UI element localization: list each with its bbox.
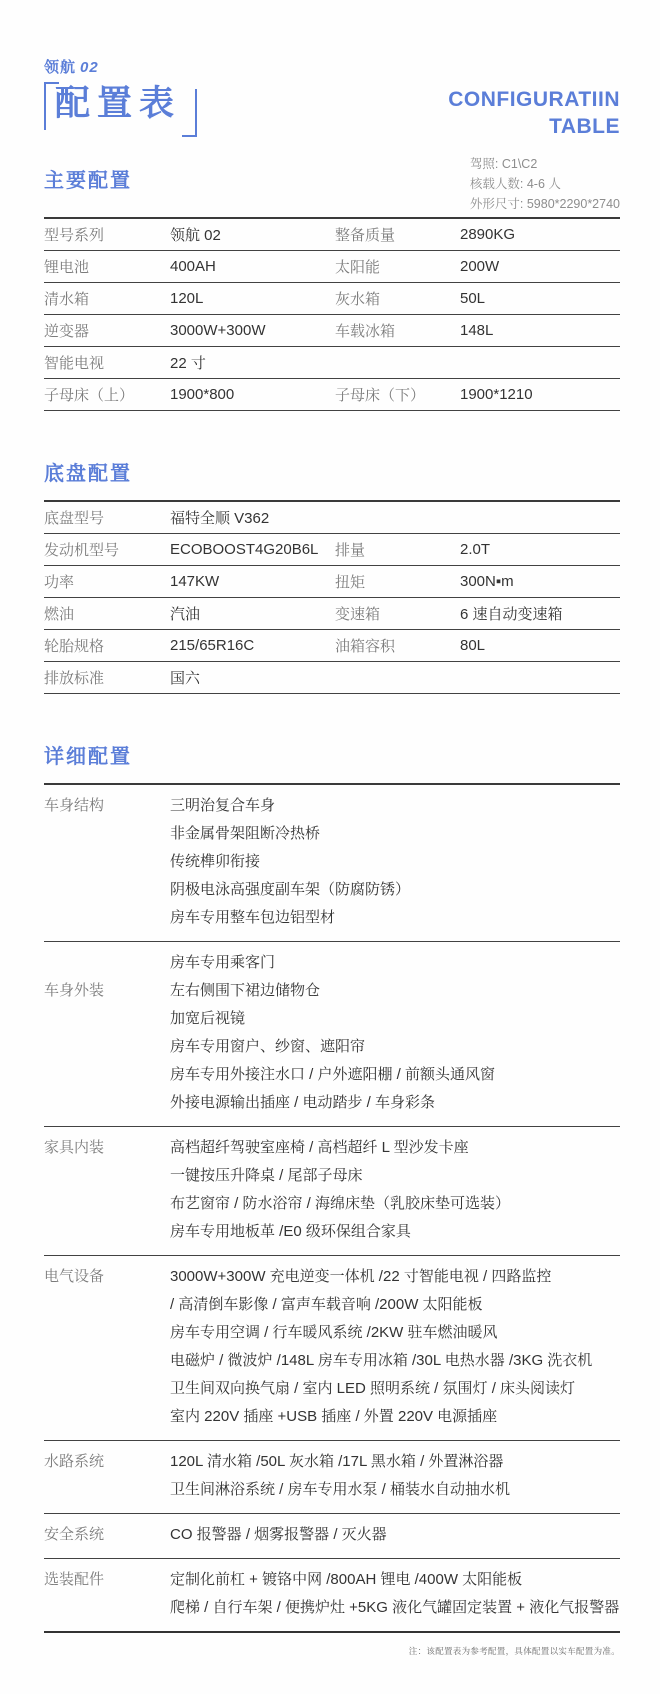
detail-group: 车身外装房车专用乘客门左右侧围下裙边储物仓加宽后视镜房车专用窗户、纱窗、遮阳帘房… <box>44 942 620 1127</box>
detail-group-label: 车身结构 <box>44 792 170 932</box>
detail-group-lines: 三明治复合车身非金属骨架阻断冷热桥传统榫卯衔接阴极电泳高强度副车架（防腐防锈）房… <box>170 792 620 932</box>
table-row: 智能电视22 寸 <box>44 347 620 379</box>
spec-label: 轮胎规格 <box>44 635 170 656</box>
spec-value: 1900*800 <box>170 386 335 403</box>
spec-label: 底盘型号 <box>44 507 170 528</box>
series-number-text: 02 <box>80 59 99 76</box>
detail-line: 室内 220V 插座 +USB 插座 / 外置 220V 电源插座 <box>170 1403 620 1431</box>
detail-line: 120L 清水箱 /50L 灰水箱 /17L 黑水箱 / 外置淋浴器 <box>170 1448 620 1476</box>
detail-group: 选装配件定制化前杠 + 镀铬中网 /800AH 锂电 /400W 太阳能板爬梯 … <box>44 1559 620 1633</box>
section-heading-detail-config: 详细配置 <box>44 740 620 769</box>
detail-line: 房车专用空调 / 行车暖风系统 /2KW 驻车燃油暖风 <box>170 1319 620 1347</box>
spec-label: 排量 <box>335 539 460 560</box>
spec-value: 215/65R16C <box>170 637 335 654</box>
detail-line: 卫生间淋浴系统 / 房车专用水泵 / 桶装水自动抽水机 <box>170 1476 620 1504</box>
vehicle-info-block: 驾照: C1\C2 核载人数: 4-6 人 外形尺寸: 5980*2290*27… <box>470 154 620 214</box>
title-block: 领航02 配置表 <box>44 56 197 131</box>
detail-line: 加宽后视镜 <box>170 1005 620 1033</box>
detail-line: 电磁炉 / 微波炉 /148L 房车专用冰箱 /30L 电热水器 /3KG 洗衣… <box>170 1347 620 1375</box>
detail-config-table: 车身结构三明治复合车身非金属骨架阻断冷热桥传统榫卯衔接阴极电泳高强度副车架（防腐… <box>44 783 620 1633</box>
spec-value: 200W <box>460 258 620 275</box>
spec-label: 锂电池 <box>44 256 170 277</box>
footnote: 注：该配置表为参考配置，具体配置以实车配置为准。 <box>44 1645 620 1657</box>
detail-group: 水路系统120L 清水箱 /50L 灰水箱 /17L 黑水箱 / 外置淋浴器卫生… <box>44 1441 620 1514</box>
detail-group-lines: 120L 清水箱 /50L 灰水箱 /17L 黑水箱 / 外置淋浴器卫生间淋浴系… <box>170 1448 620 1504</box>
spec-label: 车载冰箱 <box>335 320 460 341</box>
spec-value: 6 速自动变速箱 <box>460 603 620 624</box>
detail-group-label: 水路系统 <box>44 1448 170 1504</box>
subtitle-line1: CONFIGURATIIN <box>448 86 620 113</box>
detail-group: 车身结构三明治复合车身非金属骨架阻断冷热桥传统榫卯衔接阴极电泳高强度副车架（防腐… <box>44 785 620 942</box>
page-subtitle: CONFIGURATIIN TABLE <box>448 86 620 140</box>
detail-group-label: 车身外装 <box>44 949 170 1117</box>
spec-value: 3000W+300W <box>170 322 335 339</box>
spec-value: 2.0T <box>460 541 620 558</box>
detail-group-lines: 定制化前杠 + 镀铬中网 /800AH 锂电 /400W 太阳能板爬梯 / 自行… <box>170 1566 620 1622</box>
section-heading-chassis-config: 底盘配置 <box>44 457 620 486</box>
spec-value: ECOBOOST4G20B6L <box>170 541 335 558</box>
spec-label: 油箱容积 <box>335 635 460 656</box>
spec-label: 子母床（下） <box>335 384 460 405</box>
detail-line: 外接电源输出插座 / 电动踏步 / 车身彩条 <box>170 1089 620 1117</box>
spec-label: 扭矩 <box>335 571 460 592</box>
main-config-table: 型号系列领航 02整备质量2890KG锂电池400AH太阳能200W清水箱120… <box>44 217 620 411</box>
spec-value: 领航 02 <box>170 224 335 245</box>
spec-value: 400AH <box>170 258 335 275</box>
detail-line: 房车专用整车包边铝型材 <box>170 904 620 932</box>
detail-group-label: 选装配件 <box>44 1566 170 1622</box>
spec-value: 148L <box>460 322 620 339</box>
spec-label: 灰水箱 <box>335 288 460 309</box>
detail-line: 定制化前杠 + 镀铬中网 /800AH 锂电 /400W 太阳能板 <box>170 1566 620 1594</box>
spec-label: 排放标准 <box>44 667 170 688</box>
detail-group-lines: 3000W+300W 充电逆变一体机 /22 寸智能电视 / 四路监控/ 高清倒… <box>170 1263 620 1431</box>
series-name-text: 领航 <box>44 59 76 76</box>
spec-label: 清水箱 <box>44 288 170 309</box>
table-row: 清水箱120L灰水箱50L <box>44 283 620 315</box>
spec-label: 型号系列 <box>44 224 170 245</box>
detail-line: 阴极电泳高强度副车架（防腐防锈） <box>170 876 620 904</box>
spec-value: 50L <box>460 290 620 307</box>
info-dimensions: 外形尺寸: 5980*2290*2740 <box>470 194 620 214</box>
detail-group: 电气设备3000W+300W 充电逆变一体机 /22 寸智能电视 / 四路监控/… <box>44 1256 620 1441</box>
spec-label: 智能电视 <box>44 352 170 373</box>
table-row: 子母床（上）1900*800子母床（下）1900*1210 <box>44 379 620 411</box>
detail-group: 家具内装高档超纤驾驶室座椅 / 高档超纤 L 型沙发卡座一键按压升降桌 / 尾部… <box>44 1127 620 1256</box>
spec-value: 120L <box>170 290 335 307</box>
detail-line: 卫生间双向换气扇 / 室内 LED 照明系统 / 氛围灯 / 床头阅读灯 <box>170 1375 620 1403</box>
table-row: 轮胎规格215/65R16C油箱容积80L <box>44 630 620 662</box>
spec-value: 147KW <box>170 573 335 590</box>
table-row: 锂电池400AH太阳能200W <box>44 251 620 283</box>
spec-label: 发动机型号 <box>44 539 170 560</box>
detail-line: 房车专用外接注水口 / 户外遮阳棚 / 前额头通风窗 <box>170 1061 620 1089</box>
spec-value: 22 寸 <box>170 352 335 373</box>
detail-group-lines: 房车专用乘客门左右侧围下裙边储物仓加宽后视镜房车专用窗户、纱窗、遮阳帘房车专用外… <box>170 949 620 1117</box>
detail-line: 三明治复合车身 <box>170 792 620 820</box>
table-row: 发动机型号ECOBOOST4G20B6L排量2.0T <box>44 534 620 566</box>
corner-bracket-bottom-right <box>182 89 197 137</box>
detail-group-lines: CO 报警器 / 烟雾报警器 / 灭火器 <box>170 1521 620 1549</box>
table-row: 底盘型号福特全顺 V362 <box>44 502 620 534</box>
spec-label: 变速箱 <box>335 603 460 624</box>
detail-group: 安全系统CO 报警器 / 烟雾报警器 / 灭火器 <box>44 1514 620 1559</box>
detail-line: / 高清倒车影像 / 富声车载音响 /200W 太阳能板 <box>170 1291 620 1319</box>
detail-group-label: 家具内装 <box>44 1134 170 1246</box>
spec-value: 80L <box>460 637 620 654</box>
detail-line: 房车专用乘客门 <box>170 949 620 977</box>
spec-label: 整备质量 <box>335 224 460 245</box>
detail-group-label: 安全系统 <box>44 1521 170 1549</box>
table-row: 燃油汽油变速箱6 速自动变速箱 <box>44 598 620 630</box>
spec-label: 功率 <box>44 571 170 592</box>
masthead: 领航02 配置表 CONFIGURATIIN TABLE <box>44 0 620 140</box>
table-row: 排放标准国六 <box>44 662 620 694</box>
corner-bracket-top-left <box>44 82 59 130</box>
detail-group-label: 电气设备 <box>44 1263 170 1431</box>
detail-line: 非金属骨架阻断冷热桥 <box>170 820 620 848</box>
detail-line: 3000W+300W 充电逆变一体机 /22 寸智能电视 / 四路监控 <box>170 1263 620 1291</box>
series-name: 领航02 <box>44 56 197 77</box>
spec-sheet-page: 领航02 配置表 CONFIGURATIIN TABLE 主要配置 驾照: C1… <box>0 0 660 1694</box>
detail-line: 布艺窗帘 / 防水浴帘 / 海绵床垫（乳胶床垫可选装） <box>170 1190 620 1218</box>
detail-line: 高档超纤驾驶室座椅 / 高档超纤 L 型沙发卡座 <box>170 1134 620 1162</box>
table-row: 型号系列领航 02整备质量2890KG <box>44 219 620 251</box>
spec-value: 国六 <box>170 667 335 688</box>
table-row: 逆变器3000W+300W车载冰箱148L <box>44 315 620 347</box>
table-row: 功率147KW扭矩300N▪m <box>44 566 620 598</box>
spec-value: 300N▪m <box>460 573 620 590</box>
spec-label: 子母床（上） <box>44 384 170 405</box>
info-capacity: 核载人数: 4-6 人 <box>470 174 620 194</box>
spec-value: 2890KG <box>460 226 620 243</box>
page-title: 配置表 <box>55 84 181 123</box>
detail-group-lines: 高档超纤驾驶室座椅 / 高档超纤 L 型沙发卡座一键按压升降桌 / 尾部子母床布… <box>170 1134 620 1246</box>
detail-line: 房车专用地板革 /E0 级环保组合家具 <box>170 1218 620 1246</box>
page-title-wrap: 配置表 <box>44 80 197 131</box>
chassis-config-table: 底盘型号福特全顺 V362发动机型号ECOBOOST4G20B6L排量2.0T功… <box>44 500 620 694</box>
detail-line: 房车专用窗户、纱窗、遮阳帘 <box>170 1033 620 1061</box>
spec-value: 1900*1210 <box>460 386 620 403</box>
spec-label: 太阳能 <box>335 256 460 277</box>
detail-line: 一键按压升降桌 / 尾部子母床 <box>170 1162 620 1190</box>
section-heading-main-config: 主要配置 <box>44 164 132 193</box>
subtitle-line2: TABLE <box>448 113 620 140</box>
detail-line: 爬梯 / 自行车架 / 便携炉灶 +5KG 液化气罐固定装置 + 液化气报警器 <box>170 1594 620 1622</box>
detail-line: 左右侧围下裙边储物仓 <box>170 977 620 1005</box>
detail-line: CO 报警器 / 烟雾报警器 / 灭火器 <box>170 1521 620 1549</box>
detail-line: 传统榫卯衔接 <box>170 848 620 876</box>
spec-label: 逆变器 <box>44 320 170 341</box>
page-content: 领航02 配置表 CONFIGURATIIN TABLE 主要配置 驾照: C1… <box>0 0 660 1657</box>
spec-value: 汽油 <box>170 603 335 624</box>
spec-label: 燃油 <box>44 603 170 624</box>
info-license: 驾照: C1\C2 <box>470 154 620 174</box>
spec-value: 福特全顺 V362 <box>170 507 335 528</box>
main-config-header-row: 主要配置 驾照: C1\C2 核载人数: 4-6 人 外形尺寸: 5980*22… <box>44 154 620 217</box>
